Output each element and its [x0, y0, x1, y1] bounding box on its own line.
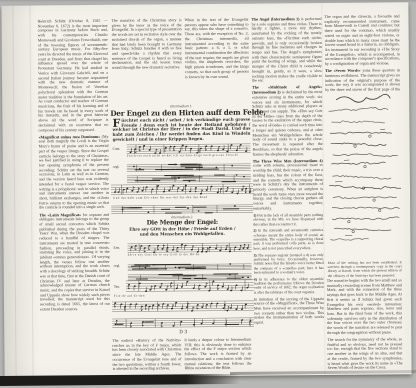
music-staff: [112, 315, 254, 327]
text-column-2a: The narration of the Christmas story is …: [112, 18, 183, 103]
lyric-line: Eh-re sey Gott Eh-re sey Gott in der Hö-…: [128, 252, 252, 257]
lyric-line: Fürch-tet euch nicht se-het ich ver-kün-…: [127, 153, 251, 158]
paragraph: It lends a deeper colour to Intermedium …: [184, 338, 251, 372]
paragraph: 3) The soprano register (notated a 4) wa…: [254, 253, 324, 275]
paragraph: The Three Wise Men (Intermedium 4) come …: [253, 159, 323, 212]
spine-shade: [1, 5, 40, 377]
text-column-4: The Angel (Intermedium 1) is performed b…: [251, 17, 324, 374]
music-staff: [127, 159, 251, 169]
music-staff: [111, 182, 253, 195]
lyric-line: Und das habt zum Zei-chen Ihr wer-det fi…: [113, 195, 251, 200]
paragraph: The narration of the Christmas story is …: [112, 18, 182, 71]
paragraph: The narrative begins with the two small …: [327, 278, 402, 335]
text-column-5-top: The organ and the clavecin, a favourite …: [324, 14, 400, 93]
paragraph: The earliest «History of the Nativity» r…: [112, 338, 181, 372]
paragraph: The «Seven Words» joins these quartets i…: [325, 69, 400, 93]
staff-1-label: Cant.: [113, 147, 121, 151]
signature-mark: D 3: [112, 330, 254, 336]
music-staff: [127, 240, 251, 252]
staff-notation-svg: [126, 279, 254, 293]
music-staff: [112, 299, 254, 312]
album-edge-shadow: [0, 374, 240, 386]
paragraph: The search for the symmetry of the whole…: [327, 337, 402, 371]
paragraph: Heinrich Schütz (October 8, 1585 — Novem…: [38, 19, 109, 133]
paragraph: «Magnificat anima mea Dominum» (My soul …: [39, 134, 110, 210]
staff-5-label: Erst.: [113, 246, 120, 250]
music-staff: [126, 279, 254, 293]
paragraph: When in the text of the Evangelist perso…: [184, 18, 249, 80]
staff-6-label: orgl.: [114, 264, 121, 268]
paragraph: 2) In the sixteenth and seventeenth cent…: [253, 228, 323, 250]
paragraph: In imitation of the scoring of the Uppsa…: [254, 297, 324, 326]
music-title-2-text: Ehre sey GOtt in der Höhe / Friede auf E…: [125, 227, 239, 238]
music-staff: [128, 268, 252, 277]
paragraph: 4) In its adherence to the oldest ensemb…: [254, 277, 324, 295]
manuscript-facsimile: [326, 92, 401, 259]
lyric-line: Frie-de auf Er-den: [114, 293, 184, 298]
text-column-1: Heinrich Schütz (October 8, 1585 — Novem…: [38, 19, 111, 374]
text-column-5-bottom: The narrative begins with the two small …: [327, 278, 403, 373]
staff-7-label: Ten.: [114, 285, 120, 289]
music-staff: [127, 170, 251, 180]
music-title-1-text: Fürchtet euch nicht / sehet / ich verkün…: [112, 118, 250, 141]
music-facsimile-block: Intermedium 1. Der Engel zu den Hirten a…: [110, 104, 254, 341]
paragraph: The «Multitude of Angels» (Intermedium 2…: [252, 85, 323, 156]
staff-2-label: orgl.: [113, 165, 120, 169]
photo-of-liner-notes: Heinrich Schütz (October 8, 1585 — Novem…: [0, 0, 416, 388]
manuscript-caption: Most of the writing has not been establi…: [328, 260, 402, 277]
staff-notation-svg: [112, 300, 254, 313]
music-staff: [128, 258, 252, 267]
music-staff: [127, 141, 251, 153]
music-staff: [111, 201, 253, 212]
liner-notes-page: Heinrich Schütz (October 8, 1585 — Novem…: [1, 2, 411, 378]
paragraph: 1) But in the lack of all ensemble parts…: [253, 213, 323, 227]
paragraph: The «Latin Magnificat» for soprano and o…: [39, 212, 110, 312]
text-sub-column-a: The earliest «History of the Nativity» r…: [112, 338, 181, 377]
staff-notation-svg: [112, 317, 254, 329]
text-column-2b: When in the text of the Evangelist perso…: [184, 18, 249, 103]
staff-notation-svg: [111, 204, 253, 215]
manuscript-svg: [326, 92, 401, 259]
paragraph: The organ and the clavecin, a favourite …: [324, 14, 399, 67]
text-sub-column-b: It lends a deeper colour to Intermedium …: [184, 338, 251, 377]
paragraph: The Angel (Intermedium 1) is performed b…: [251, 17, 322, 84]
